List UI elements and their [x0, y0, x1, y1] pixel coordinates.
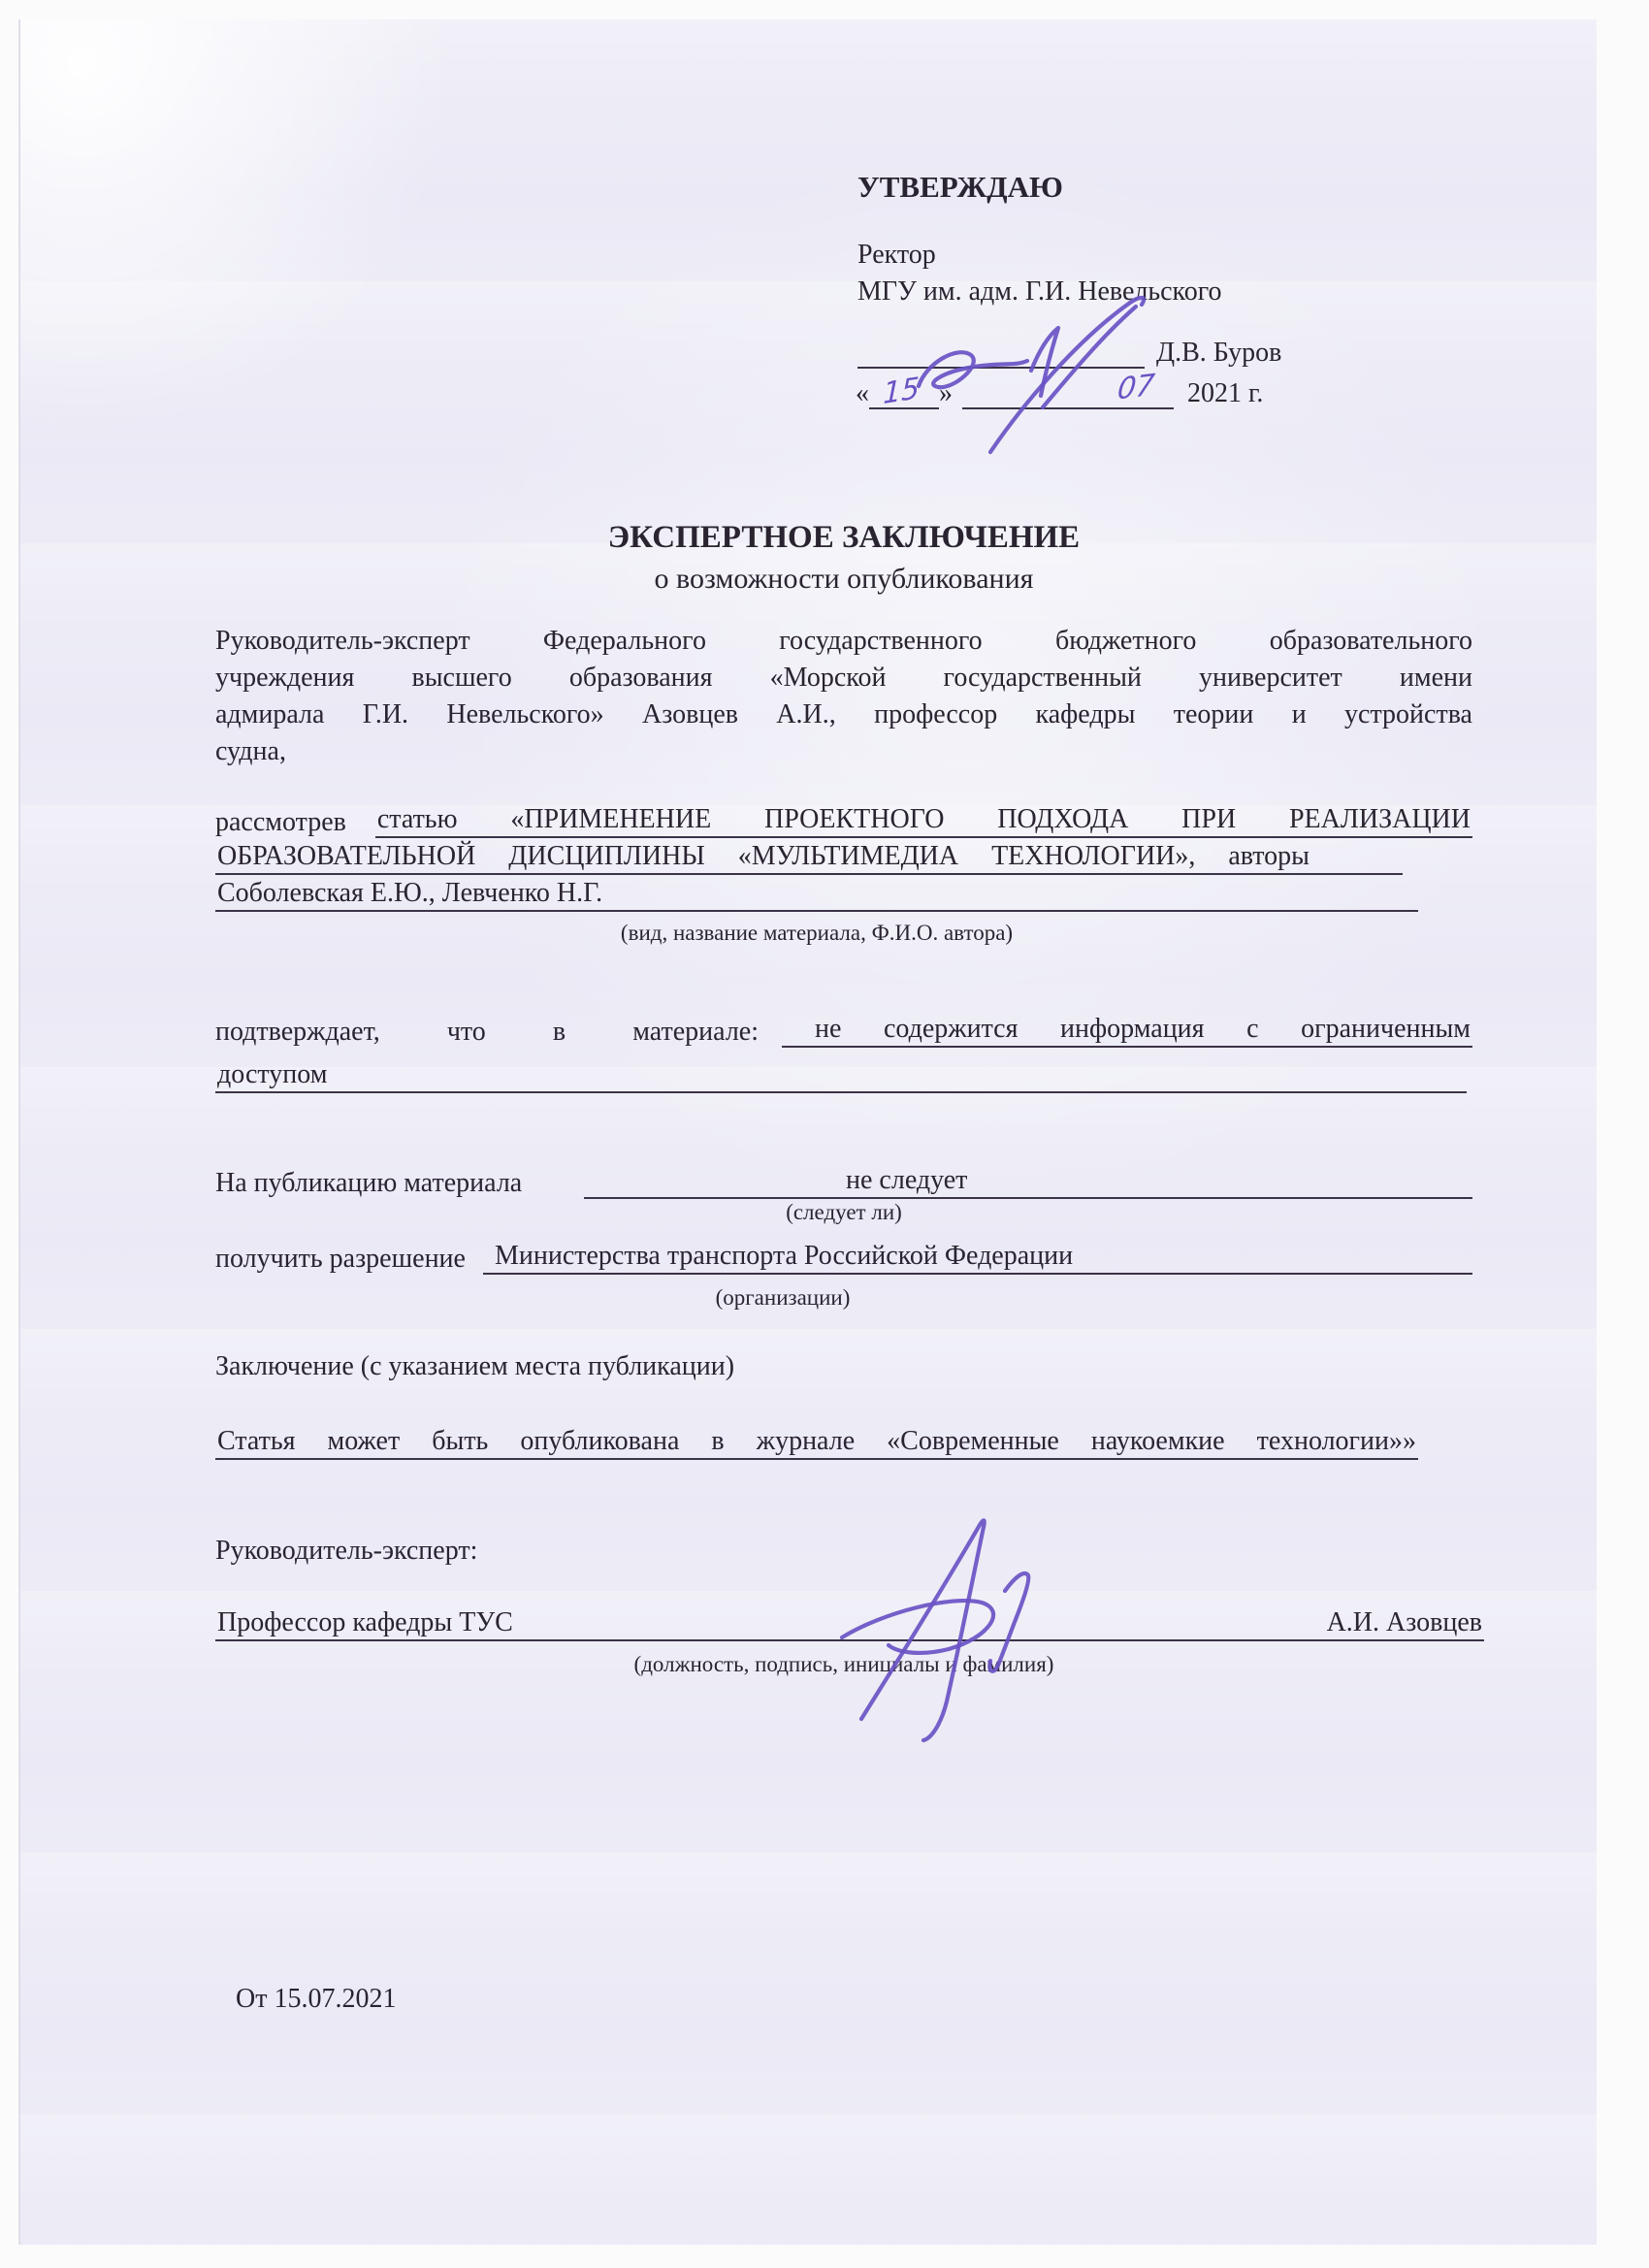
conclusion-label: Заключение (с указанием места публикации…	[215, 1348, 734, 1385]
reviewed-article-title-part-1: статью «ПРИМЕНЕНИЕ ПРОЕКТНОГО ПОДХОДА ПР…	[375, 804, 1472, 838]
blank-filler	[1311, 838, 1403, 875]
conclusion-line: Статья может быть опубликована в журнале…	[215, 1423, 1418, 1460]
reviewed-authors: Соболевская Е.Ю., Левченко Н.Г.	[215, 878, 604, 912]
confirms-value-part-1: не содержится информация с ограниченным	[782, 1014, 1472, 1048]
permission-label: получить разрешение	[215, 1244, 466, 1275]
conclusion-value: Статья может быть опубликована в журнале…	[215, 1426, 1418, 1460]
expert-paragraph-line-2: учреждения высшего образования «Морской …	[215, 660, 1472, 697]
expert-paragraph-line-1: Руководитель-эксперт Федерального госуда…	[215, 623, 1472, 660]
reviewed-caption: (вид, название материала, Ф.И.О. автора)	[215, 920, 1418, 947]
expert-paragraph-line-3: адмирала Г.И. Невельского» Азовцев А.И.,…	[215, 697, 1472, 733]
reviewed-line-2: ОБРАЗОВАТЕЛЬНОЙ ДИСЦИПЛИНЫ «МУЛЬТИМЕДИА …	[215, 838, 1403, 875]
approval-year: 2021 г.	[1174, 378, 1263, 409]
scanned-document-page: { "approval": { "heading": "УТВЕРЖДАЮ", …	[0, 0, 1649, 2268]
permission-value: Министерства транспорта Российской Федер…	[483, 1241, 1075, 1275]
reviewed-line-1: рассмотрев статью «ПРИМЕНЕНИЕ ПРОЕКТНОГО…	[215, 801, 1472, 838]
confirms-line-1: подтверждает, что в материале: не содерж…	[215, 1011, 1472, 1048]
document-paper: УТВЕРЖДАЮ Ректор МГУ им. адм. Г.И. Невел…	[19, 19, 1597, 2245]
footer-date: От 15.07.2021	[236, 1981, 396, 2018]
blank-filler	[604, 875, 1418, 912]
reviewed-article-title-part-2: ОБРАЗОВАТЕЛЬНОЙ ДИСЦИПЛИНЫ «МУЛЬТИМЕДИА …	[215, 841, 1311, 875]
expert-paragraph-line-4: судна,	[215, 733, 1472, 770]
confirms-label: подтверждает, что в материале:	[215, 1017, 759, 1048]
confirms-line-2: доступом	[215, 1056, 1467, 1093]
blank-filler	[584, 1162, 844, 1199]
reviewed-line-3: Соболевская Е.Ю., Левченко Н.Г.	[215, 875, 1418, 912]
day-open-quote: «	[856, 378, 869, 409]
permission-line: получить разрешение Министерства транспо…	[215, 1238, 1472, 1275]
expert-position: Профессор кафедры ТУС	[215, 1607, 515, 1641]
expert-role-label: Руководитель-эксперт:	[215, 1533, 477, 1570]
blank-filler	[969, 1162, 1472, 1199]
rector-signature	[897, 289, 1169, 459]
expert-signer-name: А.И. Азовцев	[1325, 1607, 1484, 1641]
document-subtitle: о возможности опубликования	[215, 561, 1472, 598]
publication-value: не следует	[844, 1165, 969, 1199]
approval-position: Ректор	[857, 237, 936, 274]
blank-filler	[1075, 1238, 1472, 1275]
approval-heading: УТВЕРЖДАЮ	[857, 169, 1063, 206]
reviewed-lead: рассмотрев	[215, 807, 346, 838]
blank-filler	[329, 1056, 1467, 1093]
publication-label: На публикацию материала	[215, 1168, 584, 1199]
permission-caption: (организации)	[215, 1284, 1350, 1312]
publication-line: На публикацию материала не следует	[215, 1162, 1472, 1199]
expert-signature	[832, 1509, 1065, 1742]
confirms-value-part-2: доступом	[215, 1059, 329, 1093]
document-title: ЭКСПЕРТНОЕ ЗАКЛЮЧЕНИЕ	[215, 518, 1472, 557]
publication-caption: (следует ли)	[215, 1199, 1472, 1226]
